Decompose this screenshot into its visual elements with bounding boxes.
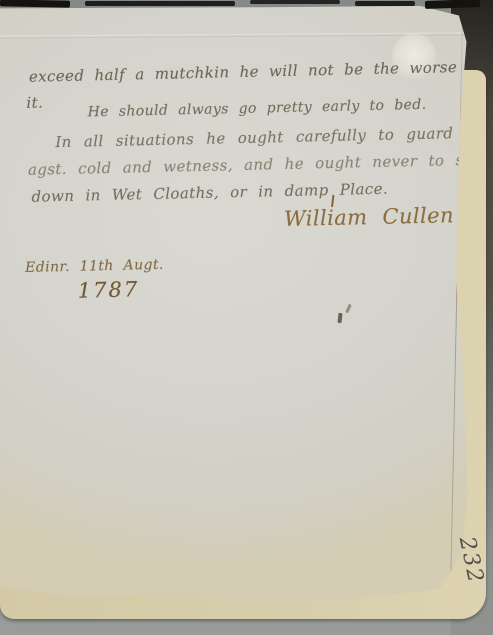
scanned-letter-viewport: { "document": { "kind": "handwritten let… xyxy=(0,0,493,635)
letter-body-line: it. xyxy=(26,93,43,111)
scan-edge-shadow xyxy=(0,0,70,8)
scan-edge-shadow xyxy=(85,1,235,6)
scan-edge-shadow xyxy=(355,1,415,6)
letter-body-line: In all situations he ought carefully to … xyxy=(55,124,453,151)
place-date-line: Edinr. 11th Augt. xyxy=(25,257,164,276)
letter-body-line: He should always go pretty early to bed. xyxy=(87,97,426,121)
scan-edge-shadow xyxy=(250,0,340,4)
handwriting-layer: exceed half a mutchkin he will not be th… xyxy=(0,1,489,608)
signature: William Cullen xyxy=(284,203,454,231)
year: 1787 xyxy=(77,277,139,302)
letter-body-line: down in Wet Cloaths, or in damp Place. xyxy=(31,180,388,206)
letter-page: exceed half a mutchkin he will not be th… xyxy=(0,6,478,602)
letter-body-line: exceed half a mutchkin he will not be th… xyxy=(29,57,491,85)
letter-body-line: agst. cold and wetness, and he ought nev… xyxy=(28,151,476,179)
